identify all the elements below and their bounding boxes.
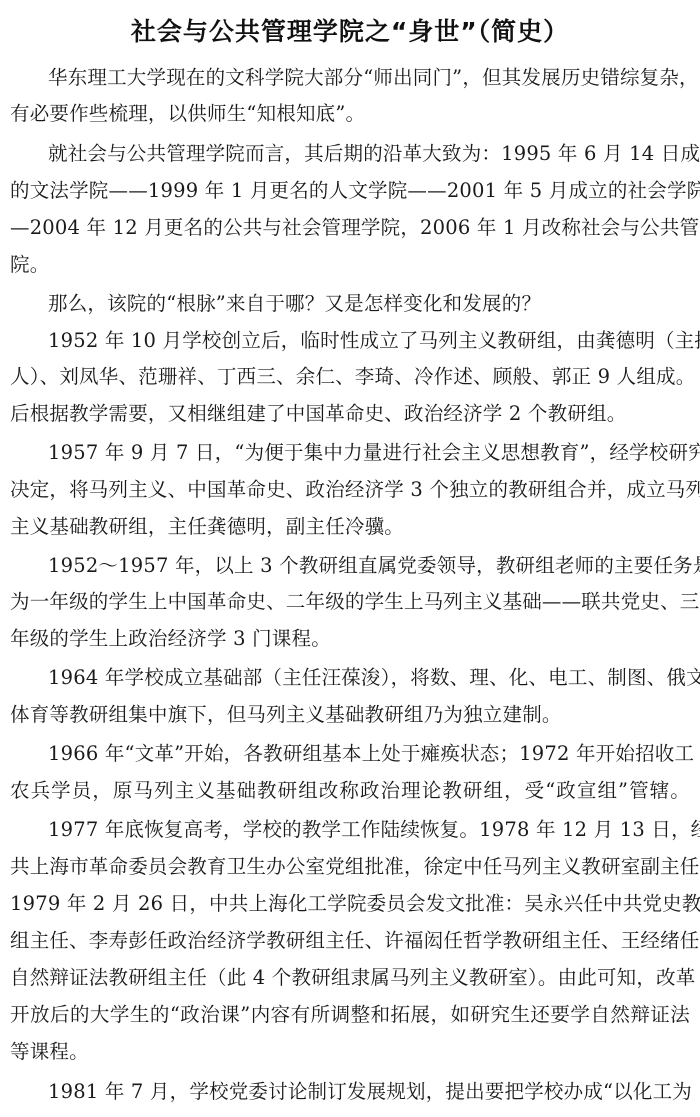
text-line: 1957 年 9 月 7 日，“为便于集中力量进行社会主义思想教育”，经学校研究 [48,438,690,468]
text-line: 华东理工大学现在的文科学院大部分“师出同门”，但其发展历史错综复杂， [48,63,690,93]
text-line: 人）、刘凤华、范珊祥、丁西三、余仁、李琦、冷作述、顾般、郭正 9 人组成。 [10,362,690,392]
document-title: 社会与公共管理学院之“身世”（简史） [0,12,700,48]
text-line: 主义基础教研组，主任龚德明，副主任冷骥。 [10,512,690,542]
text-line: 体育等教研组集中旗下，但马列主义基础教研组乃为独立建制。 [10,700,690,730]
text-line: 1981 年 7 月，学校党委讨论制订发展规划，提出要把学校办成“以化工为 [48,1077,690,1107]
text-line: 1964 年学校成立基础部（主任汪葆浚），将数、理、化、电工、制图、俄文、 [48,663,690,693]
text-line: 决定，将马列主义、中国革命史、政治经济学 3 个独立的教研组合并，成立马列 [10,475,690,505]
text-line: 就社会与公共管理学院而言，其后期的沿革大致为：1995 年 6 月 14 日成立 [48,139,690,169]
text-line: 后根据教学需要，又相继组建了中国革命史、政治经济学 2 个教研组。 [10,399,690,429]
text-line: 1979 年 2 月 26 日，中共上海化工学院委员会发文批准：吴永兴任中共党史… [10,889,690,919]
text-line: 1977 年底恢复高考，学校的教学工作陆续恢复。1978 年 12 月 13 日… [48,815,690,845]
text-line: 1966 年“文革”开始，各教研组基本上处于瘫痪状态；1972 年开始招收工 [48,739,690,769]
text-line: 1952 年 10 月学校创立后，临时性成立了马列主义教研组，由龚德明（主持 [48,326,690,356]
text-line: 有必要作些梳理，以供师生“知根知底”。 [10,99,690,129]
text-line: —2004 年 12 月更名的公共与社会管理学院，2006 年 1 月改称社会与… [10,213,690,243]
text-line: 的文法学院——1999 年 1 月更名的人文学院——2001 年 5 月成立的社… [10,176,690,206]
text-line: 1952～1957 年，以上 3 个教研组直属党委领导，教研组老师的主要任务是 [48,551,690,581]
text-line: 农兵学员，原马列主义基础教研组改称政治理论教研组，受“政宣组”管辖。 [10,776,690,806]
text-line: 为一年级的学生上中国革命史、二年级的学生上马列主义基础——联共党史、三 [10,587,690,617]
text-line: 组主任、李寿彭任政治经济学教研组主任、许福闳任哲学教研组主任、王经绪任 [10,926,690,956]
text-line: 年级的学生上政治经济学 3 门课程。 [10,624,690,654]
text-line: 开放后的大学生的“政治课”内容有所调整和拓展，如研究生还要学自然辩证法 [10,1000,690,1030]
text-line: 院。 [10,250,690,280]
text-line: 那么，该院的“根脉”来自于哪？又是怎样变化和发展的？ [48,289,690,319]
text-line: 等课程。 [10,1037,690,1067]
text-line: 自然辩证法教研组主任（此 4 个教研组隶属马列主义教研室）。由此可知，改革 [10,963,690,993]
text-line: 共上海市革命委员会教育卫生办公室党组批准，徐定中任马列主义教研室副主任。 [10,852,690,882]
